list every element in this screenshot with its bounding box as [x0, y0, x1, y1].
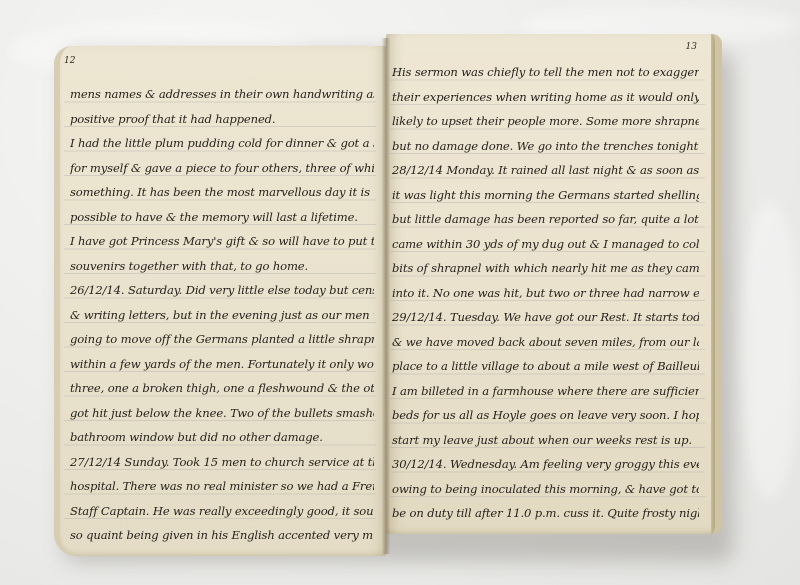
handwritten-line: & writing letters, but in the evening ju…: [70, 303, 374, 328]
handwritten-line: going to move off the Germans planted a …: [70, 327, 374, 352]
handwritten-line: owing to being inoculated this morning, …: [392, 477, 699, 502]
handwritten-line: three, one a broken thigh, one a fleshwo…: [70, 376, 374, 401]
handwritten-line: came within 30 yds of my dug out & I man…: [392, 232, 699, 257]
handwritten-line: mens names & addresses in their own hand…: [70, 82, 374, 107]
handwritten-line: it was light this morning the Germans st…: [392, 183, 699, 208]
handwritten-line: I have got Princess Mary's gift & so wil…: [70, 229, 374, 254]
diary-entry-date-line: 28/12/14 Monday. It rained all last nigh…: [392, 158, 699, 183]
diary-entry-date-line: 30/12/14. Wednesday. Am feeling very gro…: [392, 452, 699, 477]
handwritten-line: their experiences when writing home as i…: [392, 85, 699, 110]
handwritten-line: into it. No one was hit, but two or thre…: [392, 281, 699, 306]
handwritten-line: positive proof that it had happened.: [70, 107, 374, 132]
diary-entry-date-line: 26/12/14. Saturday. Did very little else…: [70, 278, 374, 303]
handwritten-line: place to a little village to about a mil…: [392, 354, 699, 379]
handwritten-line: start my leave just about when our weeks…: [392, 428, 699, 453]
handwritten-line: likely to upset their people more. Some …: [392, 109, 699, 134]
handwritten-line: possible to have & the memory will last …: [70, 205, 374, 230]
page-number-left: 12: [64, 56, 75, 66]
handwritten-line: be on duty till after 11.0 p.m. cuss it.…: [392, 501, 699, 526]
cloth-highlight: [740, 200, 800, 500]
left-page: 12 mens names & addresses in their own h…: [54, 46, 386, 556]
handwritten-line: within a few yards of the men. Fortunate…: [70, 352, 374, 377]
handwritten-line: I had the little plum pudding cold for d…: [70, 131, 374, 156]
handwritten-line: but little damage has been reported so f…: [392, 207, 699, 232]
handwritten-line: & we have moved back about seven miles, …: [392, 330, 699, 355]
handwritten-line: so quaint being given in his English acc…: [70, 523, 374, 548]
handwritten-line: Staff Captain. He was really exceedingly…: [70, 499, 374, 524]
handwritten-line: something. It has been the most marvello…: [70, 180, 374, 205]
handwritten-line: bits of shrapnel with which nearly hit m…: [392, 256, 699, 281]
handwritten-line: hospital. There was no real minister so …: [70, 474, 374, 499]
handwritten-line: but no damage done. We go into the trenc…: [392, 134, 699, 159]
diary-entry-date-line: 29/12/14. Tuesday. We have got our Rest.…: [392, 305, 699, 330]
handwritten-line: His sermon was chiefly to tell the men n…: [392, 60, 699, 85]
right-page-text: His sermon was chiefly to tell the men n…: [392, 60, 699, 526]
handwritten-line: I am billeted in a farmhouse where there…: [392, 379, 699, 404]
handwritten-line: beds for us all as Hoyle goes on leave v…: [392, 403, 699, 428]
notebook-spine: [382, 38, 390, 554]
handwritten-line: souvenirs together with that, to go home…: [70, 254, 374, 279]
page-number-right: 13: [686, 42, 697, 52]
left-page-text: mens names & addresses in their own hand…: [70, 82, 374, 548]
right-page: 13 His sermon was chiefly to tell the me…: [386, 34, 722, 534]
handwritten-line: bathroom window but did no other damage.: [70, 425, 374, 450]
handwritten-line: got hit just below the knee. Two of the …: [70, 401, 374, 426]
diary-entry-date-line: 27/12/14 Sunday. Took 15 men to church s…: [70, 450, 374, 475]
open-notebook: 12 mens names & addresses in their own h…: [54, 34, 726, 554]
handwritten-line: for myself & gave a piece to four others…: [70, 156, 374, 181]
